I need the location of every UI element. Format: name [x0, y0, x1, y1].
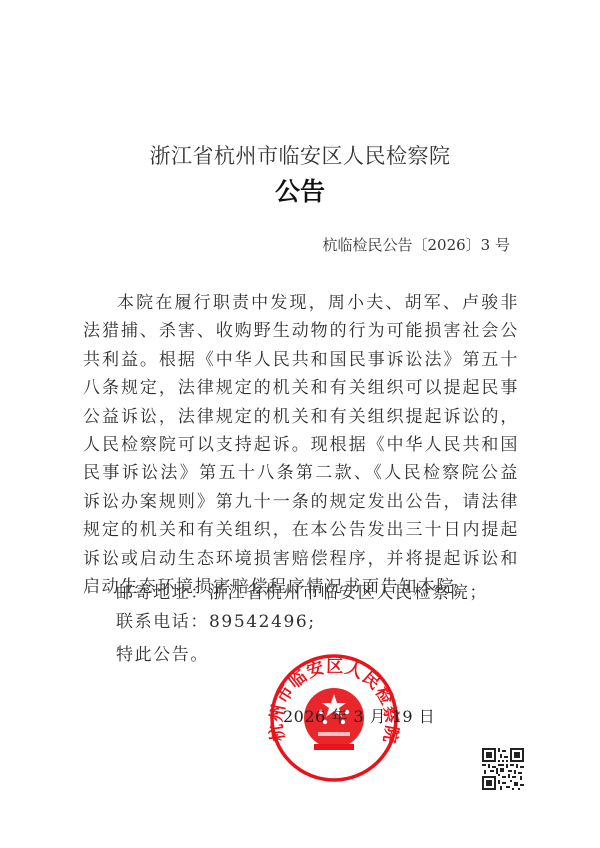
- document-number: 杭临检民公告〔2026〕3 号: [323, 234, 511, 255]
- document-heading: 公告: [0, 172, 600, 208]
- closing-statement: 特此公告。: [116, 640, 209, 665]
- mailing-address: 邮寄地址：浙江省杭州市临安区人民检察院；: [116, 578, 488, 603]
- qr-code-icon: [482, 748, 524, 790]
- contact-phone: 联系电话：89542496;: [116, 607, 316, 632]
- issuer-title: 浙江省杭州市临安区人民检察院: [0, 140, 600, 170]
- announcement-body: 本院在履行职责中发现，周小夫、胡军、卢骏非法猎捕、杀害、收购野生动物的行为可能损…: [83, 289, 519, 601]
- issue-date: 2026 年 3 月 19 日: [283, 704, 435, 727]
